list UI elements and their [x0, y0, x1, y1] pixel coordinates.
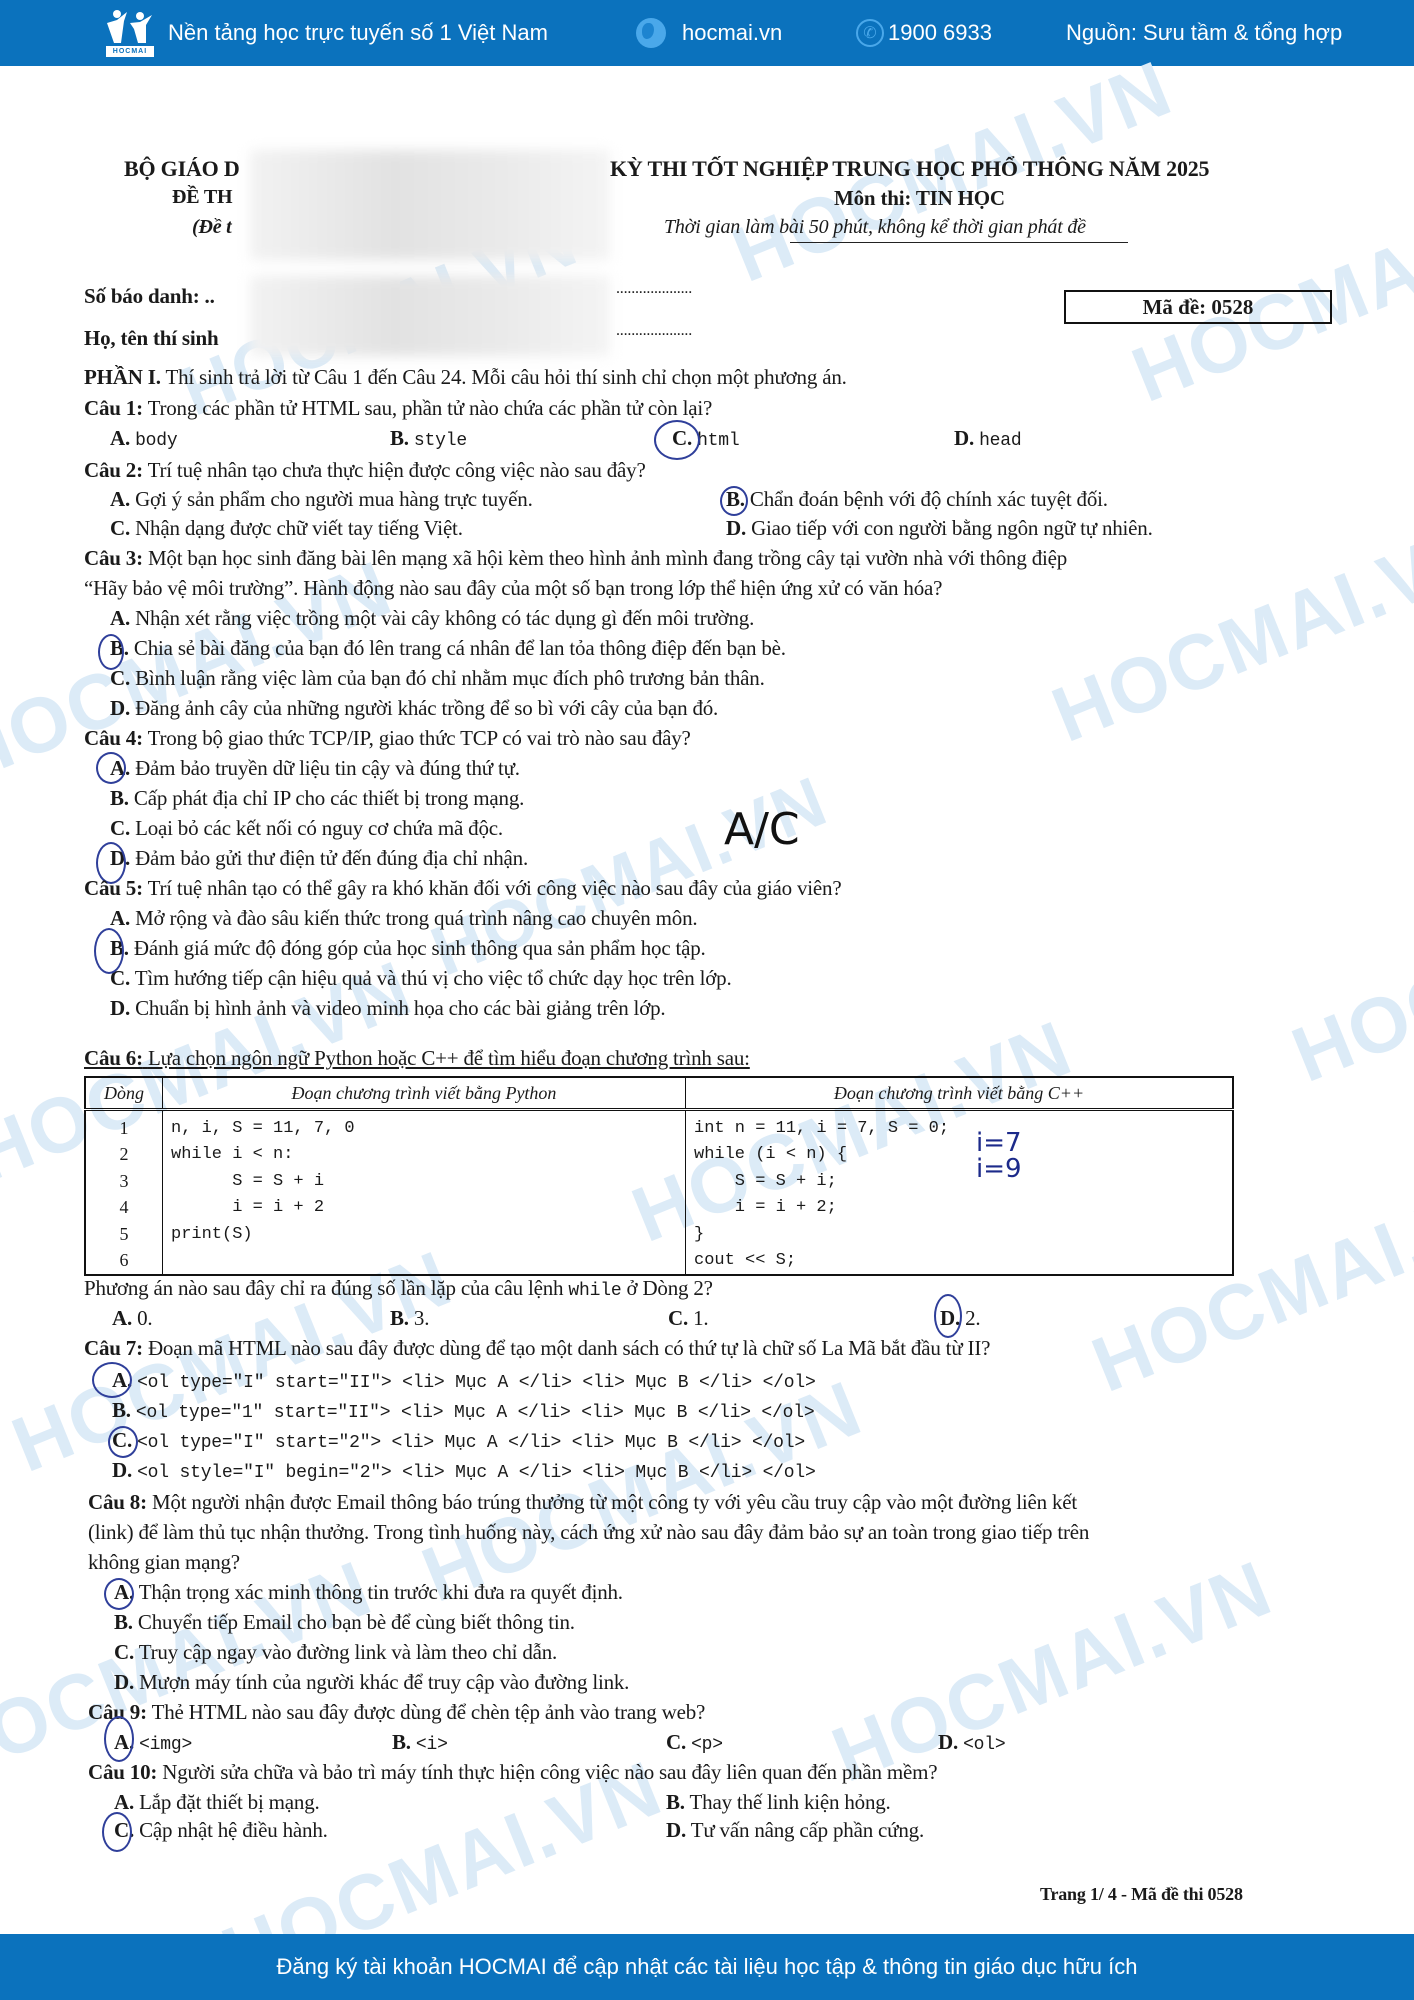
cpp-code: i = i + 2;: [686, 1195, 1234, 1222]
option-text: Nhận dạng được chữ viết tay tiếng Việt.: [135, 516, 463, 540]
redacted-area: [250, 150, 610, 260]
option-text: Tư vấn nâng cấp phần cứng.: [691, 1818, 924, 1842]
top-banner: HOCMAI Nền tảng học trực tuyến số 1 Việt…: [0, 0, 1414, 66]
q2-option-b[interactable]: B. Chẩn đoán bệnh với độ chính xác tuyệt…: [726, 487, 1108, 512]
option-key: A.: [110, 487, 130, 511]
handwritten-note: i=9: [976, 1154, 1022, 1184]
option-text: Thận trọng xác minh thông tin trước khi …: [139, 1580, 623, 1604]
option-text: <ol>: [963, 1735, 1005, 1755]
python-code: i = i + 2: [163, 1195, 686, 1222]
option-text: Đảm bảo truyền dữ liệu tin cậy và đúng t…: [135, 756, 520, 780]
ministry-name: BỘ GIÁO D: [124, 156, 240, 182]
q6-option-c[interactable]: C. 1.: [668, 1306, 708, 1331]
source-note: Nguồn: Sưu tầm & tổng hợp: [1066, 0, 1342, 66]
code-row: 5print(S)}: [85, 1221, 1233, 1248]
q3-option-b[interactable]: B. Chia sẻ bài đăng của bạn đó lên trang…: [110, 636, 786, 661]
q6-option-b[interactable]: B. 3.: [390, 1306, 429, 1331]
option-key: A.: [110, 606, 130, 630]
q1-option-b[interactable]: B. style: [390, 426, 467, 451]
q2-option-c[interactable]: C. Nhận dạng được chữ viết tay tiếng Việ…: [110, 516, 463, 541]
answer-circle-mark: [108, 1426, 138, 1458]
column-header: Dòng: [85, 1077, 163, 1110]
question-label: Câu 2:: [84, 458, 143, 482]
q5-option-c[interactable]: C. Tìm hướng tiếp cận hiệu quả và thú vị…: [110, 966, 732, 991]
question-label: Câu 4:: [84, 726, 143, 750]
option-text: head: [979, 431, 1021, 451]
question-6-prompt: Phương án nào sau đây chỉ ra đúng số lần…: [84, 1276, 713, 1301]
question-6: Câu 6: Lựa chọn ngôn ngữ Python hoặc C++…: [84, 1046, 750, 1071]
q7-option-b[interactable]: B. <ol type="1" start="II"> <li> Mục A <…: [112, 1398, 814, 1423]
question-label: Câu 6:: [84, 1046, 143, 1070]
option-text: 2.: [965, 1306, 980, 1330]
redacted-area: [250, 276, 610, 356]
python-code: [163, 1248, 686, 1276]
signup-cta[interactable]: Đăng ký tài khoản HOCMAI để cập nhật các…: [276, 1954, 1137, 1980]
hotline[interactable]: ✆ 1900 6933: [856, 0, 992, 66]
option-key: B.: [110, 786, 129, 810]
code-row: 1n, i, S = 11, 7, 0int n = 11, i = 7, S …: [85, 1110, 1233, 1142]
code-row: 4 i = i + 2 i = i + 2;: [85, 1195, 1233, 1222]
q4-option-b[interactable]: B. Cấp phát địa chỉ IP cho các thiết bị …: [110, 786, 524, 811]
option-text: Chuyển tiếp Email cho bạn bè để cùng biế…: [138, 1610, 575, 1634]
question-text: ở Dòng 2?: [621, 1276, 712, 1300]
option-key: D.: [114, 1670, 134, 1694]
question-label: Câu 5:: [84, 876, 143, 900]
option-key: D.: [954, 426, 974, 450]
q4-option-a[interactable]: A. Đảm bảo truyền dữ liệu tin cậy và đún…: [110, 756, 520, 781]
hocmai-logo[interactable]: HOCMAI: [104, 9, 156, 57]
option-text: 0.: [137, 1306, 152, 1330]
question-text: Trong bộ giao thức TCP/IP, giao thức TCP…: [148, 726, 691, 750]
line-number: 3: [85, 1168, 163, 1195]
option-key: B.: [114, 1610, 133, 1634]
exam-code-box: Mã đề: 0528: [1064, 290, 1332, 324]
option-text: <ol type="1" start="II"> <li> Mục A </li…: [136, 1403, 815, 1423]
option-text: 3.: [414, 1306, 429, 1330]
option-key: A.: [114, 1790, 134, 1814]
option-text: Đánh giá mức độ đóng góp của học sinh th…: [134, 936, 706, 960]
tagline-text: Nền tảng học trực tuyến số 1 Việt Nam: [168, 20, 548, 46]
cpp-code: }: [686, 1221, 1234, 1248]
option-text: <ol style="I" begin="2"> <li> Mục A </li…: [137, 1463, 816, 1483]
exam-title: KỲ THI TỐT NGHIỆP TRUNG HỌC PHỔ THÔNG NĂ…: [610, 156, 1209, 182]
cpp-code: S = S + i;: [686, 1168, 1234, 1195]
line-number: 2: [85, 1142, 163, 1169]
column-header: Đoạn chương trình viết bằng Python: [163, 1077, 686, 1110]
q8-option-d[interactable]: D. Mượn máy tính của người khác để truy …: [114, 1670, 629, 1695]
q8-option-a[interactable]: A. Thận trọng xác minh thông tin trước k…: [114, 1580, 623, 1605]
option-key: B.: [390, 426, 409, 450]
option-key: B.: [112, 1398, 131, 1422]
question-7: Câu 7: Đoạn mã HTML nào sau đây được dùn…: [84, 1336, 990, 1361]
column-header: Đoạn chương trình viết bằng C++: [686, 1077, 1234, 1110]
website-link[interactable]: hocmai.vn: [636, 0, 782, 66]
code-row: 6cout << S;: [85, 1248, 1233, 1276]
question-10: Câu 10: Người sửa chữa và bảo trì máy tí…: [88, 1760, 937, 1785]
candidate-name-dots: ....................: [616, 322, 692, 340]
option-text: Mở rộng và đào sâu kiến thức trong quá t…: [135, 906, 697, 930]
option-text: Bình luận rằng việc làm của bạn đó chỉ n…: [135, 666, 765, 690]
answer-circle-mark: [102, 1812, 132, 1852]
option-text: Đảm bảo gửi thư điện tử đến đúng địa chỉ…: [135, 846, 528, 870]
option-text: <p>: [691, 1735, 723, 1755]
question-8-cont: (link) để làm thủ tục nhận thưởng. Trong…: [88, 1520, 1089, 1545]
question-text: Một người nhận được Email thông báo trún…: [152, 1490, 1077, 1514]
option-text: Thay thế linh kiện hỏng.: [690, 1790, 891, 1814]
option-text: <img>: [139, 1735, 192, 1755]
candidate-number-dots: ....................: [616, 280, 692, 298]
q9-option-d[interactable]: D. <ol>: [938, 1730, 1006, 1755]
answer-circle-mark: [104, 1578, 134, 1610]
option-key: B.: [666, 1790, 685, 1814]
q7-option-c[interactable]: C. <ol type="I" start="2"> <li> Mục A </…: [112, 1428, 805, 1453]
q7-option-a[interactable]: A. <ol type="I" start="II"> <li> Mục A <…: [112, 1368, 816, 1393]
option-key: B.: [392, 1730, 411, 1754]
question-8: Câu 8: Một người nhận được Email thông b…: [88, 1490, 1077, 1515]
option-text: Truy cập ngay vào đường link và làm theo…: [139, 1640, 557, 1664]
answer-circle-mark: [104, 1716, 134, 1762]
option-key: A.: [110, 426, 130, 450]
option-text: Tìm hướng tiếp cận hiệu quả và thú vị ch…: [135, 966, 732, 990]
answer-circle-mark: [934, 1294, 962, 1338]
answer-circle-mark: [98, 634, 124, 670]
python-code: S = S + i: [163, 1168, 686, 1195]
option-text: Nhận xét rằng việc trồng một vài cây khô…: [135, 606, 754, 630]
question-9: Câu 9: Thẻ HTML nào sau đây được dùng để…: [88, 1700, 705, 1725]
option-text: html: [697, 431, 739, 451]
cpp-code: while (i < n) {: [686, 1142, 1234, 1169]
q9-option-c[interactable]: C. <p>: [666, 1730, 723, 1755]
exam-time: Thời gian làm bài 50 phút, không kể thời…: [664, 216, 1086, 239]
source-text: Nguồn: Sưu tầm & tổng hợp: [1066, 20, 1342, 46]
question-label: Câu 1:: [84, 396, 143, 420]
question-label: Câu 10:: [88, 1760, 157, 1784]
q9-option-b[interactable]: B. <i>: [392, 1730, 448, 1755]
option-key: D.: [938, 1730, 958, 1754]
q3-option-d[interactable]: D. Đăng ảnh cây của những người khác trồ…: [110, 696, 718, 721]
bottom-banner[interactable]: Đăng ký tài khoản HOCMAI để cập nhật các…: [0, 1934, 1414, 2000]
question-text: Một bạn học sinh đăng bài lên mạng xã hộ…: [148, 546, 1067, 570]
option-key: B.: [390, 1306, 409, 1330]
exam-type: ĐỀ TH: [172, 186, 232, 209]
option-key: C.: [668, 1306, 688, 1330]
page-count-note: (Đề t: [192, 216, 232, 239]
q1-option-d[interactable]: D. head: [954, 426, 1022, 451]
q1-option-a[interactable]: A. body: [110, 426, 178, 451]
q5-option-d[interactable]: D. Chuẩn bị hình ảnh và video minh họa c…: [110, 996, 665, 1021]
handwritten-note: A/C: [724, 804, 800, 855]
question-1: Câu 1: Trong các phần tử HTML sau, phần …: [84, 396, 712, 421]
option-text: Gợi ý sản phẩm cho người mua hàng trực t…: [135, 487, 533, 511]
people-logo-icon: [104, 9, 156, 45]
option-text: <i>: [416, 1735, 448, 1755]
question-text: Phương án nào sau đây chỉ ra đúng số lần…: [84, 1276, 568, 1300]
part-instruction: PHẦN I. Thí sinh trả lời từ Câu 1 đến Câ…: [84, 365, 847, 390]
q3-option-a[interactable]: A. Nhận xét rằng việc trồng một vài cây …: [110, 606, 754, 631]
question-text: Trí tuệ nhân tạo có thể gây ra khó khăn …: [148, 876, 842, 900]
option-text: Đăng ảnh cây của những người khác trồng …: [135, 696, 718, 720]
option-text: style: [414, 431, 467, 451]
q5-option-a[interactable]: A. Mở rộng và đào sâu kiến thức trong qu…: [110, 906, 697, 931]
watermark: HOCMAI.VN: [1280, 842, 1414, 1100]
website-text[interactable]: hocmai.vn: [682, 20, 782, 46]
question-label: Câu 3:: [84, 546, 143, 570]
line-number: 1: [85, 1110, 163, 1142]
option-key: D.: [112, 1458, 132, 1482]
hotline-text[interactable]: 1900 6933: [888, 20, 992, 46]
option-text: Chẩn đoán bệnh với độ chính xác tuyệt đố…: [750, 487, 1108, 511]
part-text: Thí sinh trả lời từ Câu 1 đến Câu 24. Mỗ…: [165, 365, 846, 389]
q4-option-d[interactable]: D. Đảm bảo gửi thư điện tử đến đúng địa …: [110, 846, 528, 871]
question-label: Câu 7:: [84, 1336, 143, 1360]
option-key: D.: [110, 996, 130, 1020]
q10-option-a[interactable]: A. Lắp đặt thiết bị mạng.: [114, 1790, 320, 1815]
globe-icon: [636, 18, 666, 48]
q10-option-b[interactable]: B. Thay thế linh kiện hỏng.: [666, 1790, 891, 1815]
q2-option-d[interactable]: D. Giao tiếp với con người bằng ngôn ngữ…: [726, 516, 1153, 541]
logo-text: HOCMAI: [106, 46, 154, 57]
q10-option-d[interactable]: D. Tư vấn nâng cấp phần cứng.: [666, 1818, 924, 1843]
question-8-cont: không gian mạng?: [88, 1550, 240, 1575]
question-label: Câu 8:: [88, 1490, 147, 1514]
cpp-code: int n = 11, i = 7, S = 0;: [686, 1110, 1234, 1142]
option-text: body: [135, 431, 177, 451]
option-text: <ol type="I" start="II"> <li> Mục A </li…: [137, 1373, 816, 1393]
option-key: C.: [666, 1730, 686, 1754]
q2-option-a[interactable]: A. Gợi ý sản phẩm cho người mua hàng trự…: [110, 487, 533, 512]
candidate-number-label: Số báo danh: ..: [84, 284, 215, 309]
option-text: Loại bỏ các kết nối có nguy cơ chứa mã đ…: [135, 816, 503, 840]
question-4: Câu 4: Trong bộ giao thức TCP/IP, giao t…: [84, 726, 691, 751]
code-row: 3 S = S + i S = S + i;: [85, 1168, 1233, 1195]
line-number: 6: [85, 1248, 163, 1276]
option-key: D.: [666, 1818, 686, 1842]
phone-icon: ✆: [856, 19, 884, 47]
option-key: C.: [110, 516, 130, 540]
question-text: Trí tuệ nhân tạo chưa thực hiện được côn…: [148, 458, 646, 482]
option-text: Cấp phát địa chỉ IP cho các thiết bị tro…: [134, 786, 524, 810]
question-text: Người sửa chữa và bảo trì máy tính thực …: [162, 1760, 937, 1784]
question-text: Thẻ HTML nào sau đây được dùng để chèn t…: [152, 1700, 706, 1724]
answer-circle-mark: [94, 928, 124, 974]
q8-option-c[interactable]: C. Truy cập ngay vào đường link và làm t…: [114, 1640, 557, 1665]
question-3-cont: “Hãy bảo vệ môi trường”. Hành động nào s…: [84, 576, 942, 601]
q5-option-b[interactable]: B. Đánh giá mức độ đóng góp của học sinh…: [110, 936, 706, 961]
line-number: 4: [85, 1195, 163, 1222]
option-key: A.: [112, 1306, 132, 1330]
option-text: Mượn máy tính của người khác để truy cập…: [139, 1670, 629, 1694]
tagline: Nền tảng học trực tuyến số 1 Việt Nam: [168, 0, 548, 66]
q8-option-b[interactable]: B. Chuyển tiếp Email cho bạn bè để cùng …: [114, 1610, 575, 1635]
inline-code: while: [568, 1281, 621, 1301]
question-2: Câu 2: Trí tuệ nhân tạo chưa thực hiện đ…: [84, 458, 646, 483]
page-footer: Trang 1/ 4 - Mã đề thi 0528: [1040, 1884, 1243, 1905]
option-text: Chia sẻ bài đăng của bạn đó lên trang cá…: [134, 636, 786, 660]
question-text: Trong các phần tử HTML sau, phần tử nào …: [148, 396, 713, 420]
option-key: C.: [114, 1640, 134, 1664]
python-code: while i < n:: [163, 1142, 686, 1169]
question-5: Câu 5: Trí tuệ nhân tạo có thể gây ra kh…: [84, 876, 841, 901]
answer-circle-mark: [654, 420, 700, 460]
q7-option-d[interactable]: D. <ol style="I" begin="2"> <li> Mục A <…: [112, 1458, 816, 1483]
code-row: 2while i < n:while (i < n) {: [85, 1142, 1233, 1169]
exam-subject: Môn thi: TIN HỌC: [834, 186, 1005, 211]
q10-option-c[interactable]: C. Cập nhật hệ điều hành.: [114, 1818, 328, 1843]
exam-page: HOCMAI.VN HOCMAI.VN HOCMAI.VN HOCMAI.VN …: [0, 66, 1414, 1934]
python-code: print(S): [163, 1221, 686, 1248]
option-text: <ol type="I" start="2"> <li> Mục A </li>…: [137, 1433, 805, 1453]
watermark: HOCMAI.VN: [1040, 502, 1414, 760]
option-text: Cập nhật hệ điều hành.: [139, 1818, 328, 1842]
q6-option-a[interactable]: A. 0.: [112, 1306, 152, 1331]
option-key: A.: [110, 906, 130, 930]
option-key: C.: [110, 816, 130, 840]
option-key: D.: [110, 696, 130, 720]
option-key: D.: [726, 516, 746, 540]
divider: [790, 242, 1128, 243]
option-text: Lắp đặt thiết bị mạng.: [139, 1790, 319, 1814]
python-code: n, i, S = 11, 7, 0: [163, 1110, 686, 1142]
line-number: 5: [85, 1221, 163, 1248]
option-text: 1.: [693, 1306, 708, 1330]
crossed-out-mark: [92, 1362, 132, 1398]
option-text: Chuẩn bị hình ảnh và video minh họa cho …: [135, 996, 665, 1020]
answer-circle-mark: [720, 486, 748, 516]
q4-option-c[interactable]: C. Loại bỏ các kết nối có nguy cơ chứa m…: [110, 816, 503, 841]
code-table: Dòng Đoạn chương trình viết bằng Python …: [84, 1076, 1234, 1276]
question-text: Đoạn mã HTML nào sau đây được dùng để tạ…: [148, 1336, 990, 1360]
question-text: Lựa chọn ngôn ngữ Python hoặc C++ để tìm…: [148, 1046, 750, 1070]
question-3: Câu 3: Một bạn học sinh đăng bài lên mạn…: [84, 546, 1067, 571]
candidate-name-label: Họ, tên thí sinh: [84, 326, 219, 351]
q3-option-c[interactable]: C. Bình luận rằng việc làm của bạn đó ch…: [110, 666, 765, 691]
cpp-code: cout << S;: [686, 1248, 1234, 1276]
option-text: Giao tiếp với con người bằng ngôn ngữ tự…: [751, 516, 1153, 540]
part-title: PHẦN I.: [84, 365, 161, 389]
answer-circle-mark: [96, 752, 126, 784]
